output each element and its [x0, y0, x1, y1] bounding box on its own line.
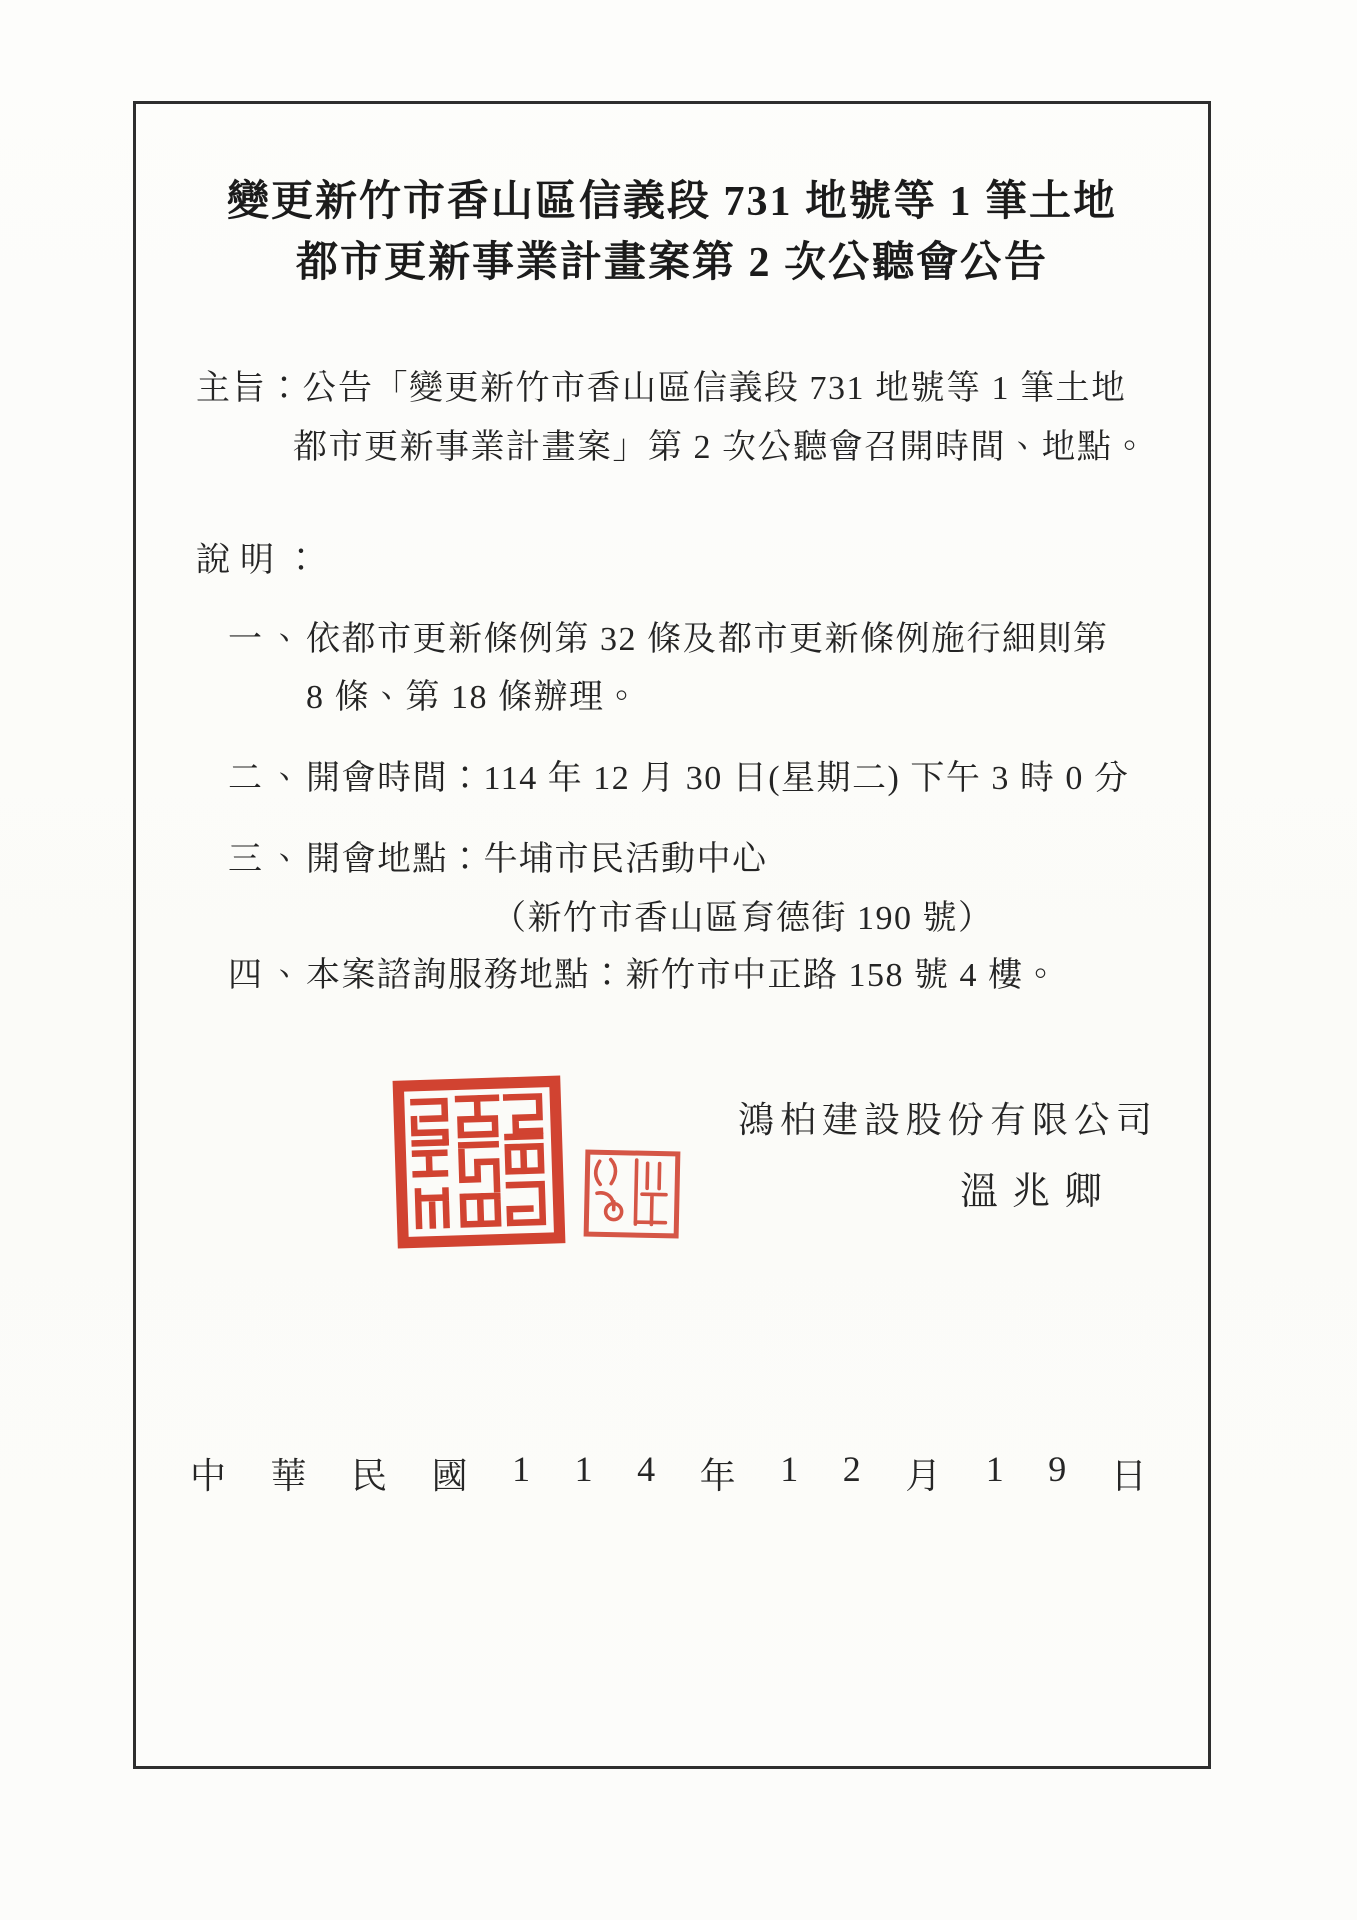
roc-date-line: 中 華 民 國 1 1 4 年 1 2 月 1 9 日 [190, 1448, 1147, 1499]
subject-line-1: 主旨：公告「變更新竹市香山區信義段 731 地號等 1 筆土地 [196, 360, 1127, 409]
date-char: 民 [351, 1448, 387, 1499]
date-char: 1 [575, 1448, 593, 1499]
explanation-item-2-line-1: 二、開會時間：114 年 12 月 30 日(星期二) 下午 3 時 0 分 [228, 750, 1129, 799]
subject-line-2: 都市更新事業計畫案」第 2 次公聽會召開時間、地點。 [293, 419, 1148, 468]
item-4-number: 四、 [228, 947, 306, 996]
date-char: 2 [843, 1448, 861, 1499]
explanation-label: 說明： [196, 532, 328, 581]
explanation-item-1-line-2: 8 條、第 18 條辦理。 [306, 669, 640, 718]
document-title-line-1: 變更新竹市香山區信義段 731 地號等 1 筆土地 [133, 168, 1211, 228]
document-title-line-2: 都市更新事業計畫案第 2 次公聽會公告 [133, 229, 1211, 289]
item-2-number: 二、 [228, 750, 306, 799]
date-char: 華 [271, 1448, 307, 1499]
explanation-item-4-line-1: 四、本案諮詢服務地點：新竹市中正路 158 號 4 樓。 [228, 947, 1059, 996]
date-char: 9 [1048, 1448, 1066, 1499]
signature-representative-name: 溫兆卿 [960, 1160, 1116, 1215]
item-4-text: 本案諮詢服務地點：新竹市中正路 158 號 4 樓。 [306, 957, 1059, 994]
company-seal-strokes [398, 1081, 559, 1242]
date-char: 年 [700, 1448, 736, 1499]
date-char: 日 [1111, 1448, 1147, 1499]
date-char: 1 [986, 1448, 1004, 1499]
item-3-text: 開會地點：牛埔市民活動中心 [306, 841, 768, 878]
date-char: 月 [905, 1448, 941, 1499]
item-3-number: 三、 [228, 831, 306, 880]
subject-text: 公告「變更新竹市香山區信義段 731 地號等 1 筆土地 [303, 370, 1127, 407]
personal-seal-strokes [586, 1152, 678, 1236]
date-char: 4 [637, 1448, 655, 1499]
subject-label: 主旨： [196, 370, 303, 407]
explanation-item-3-line-2: （新竹市香山區育德街 190 號） [492, 890, 994, 939]
date-char: 1 [780, 1448, 798, 1499]
date-char: 1 [512, 1448, 530, 1499]
item-1-number: 一、 [228, 611, 306, 660]
date-char: 中 [190, 1448, 226, 1499]
signature-company-name: 鴻柏建設股份有限公司 [738, 1092, 1158, 1143]
explanation-item-1-line-1: 一、依都市更新條例第 32 條及都市更新條例施行細則第 [228, 611, 1109, 660]
item-2-text: 開會時間：114 年 12 月 30 日(星期二) 下午 3 時 0 分 [306, 760, 1129, 797]
company-seal-stamp [390, 1073, 567, 1250]
explanation-item-3-line-1: 三、開會地點：牛埔市民活動中心 [228, 831, 768, 880]
scanned-document-sheet: 變更新竹市香山區信義段 731 地號等 1 筆土地 都市更新事業計畫案第 2 次… [0, 0, 1357, 1920]
personal-seal-stamp [583, 1149, 681, 1239]
date-char: 國 [432, 1448, 468, 1499]
item-1-text: 依都市更新條例第 32 條及都市更新條例施行細則第 [306, 621, 1109, 658]
